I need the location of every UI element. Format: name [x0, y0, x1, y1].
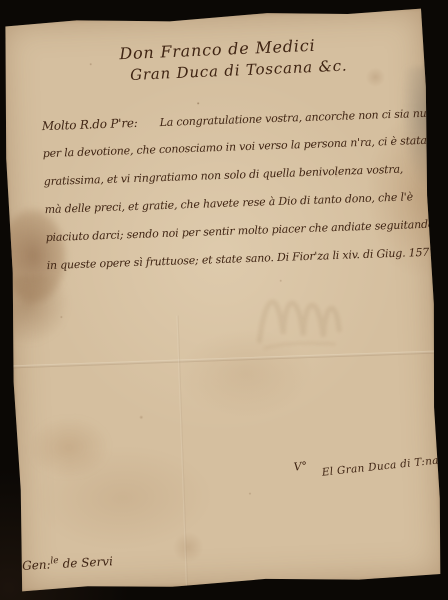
stain-bottom-left — [28, 416, 110, 479]
stain-left-lower — [0, 274, 71, 346]
signature-block: V°El Gran Duca di T:na — [293, 446, 439, 483]
archival-docket: Gen:le de Servi — [22, 553, 113, 573]
signature-name: El Gran Duca di T:na — [321, 455, 439, 479]
salutation: Molto R.do P're: — [41, 109, 138, 140]
docket-prefix: Gen: — [22, 557, 51, 572]
letter-page: Don Franco de Medici Gran Duca di Toscan… — [0, 7, 444, 593]
docket-suffix: de Servi — [58, 554, 113, 571]
letter-line-text: La congratulatione vostra, ancorche non … — [159, 106, 448, 129]
signature-prefix: V° — [293, 459, 308, 473]
photo-background: Don Franco de Medici Gran Duca di Toscan… — [0, 0, 448, 600]
bleedthrough-mark — [249, 272, 348, 361]
fold-crease-vertical — [177, 316, 188, 588]
fold-crease-horizontal — [12, 351, 436, 369]
letter-body: Molto R.do P're:La congratulatione vostr… — [41, 99, 427, 280]
